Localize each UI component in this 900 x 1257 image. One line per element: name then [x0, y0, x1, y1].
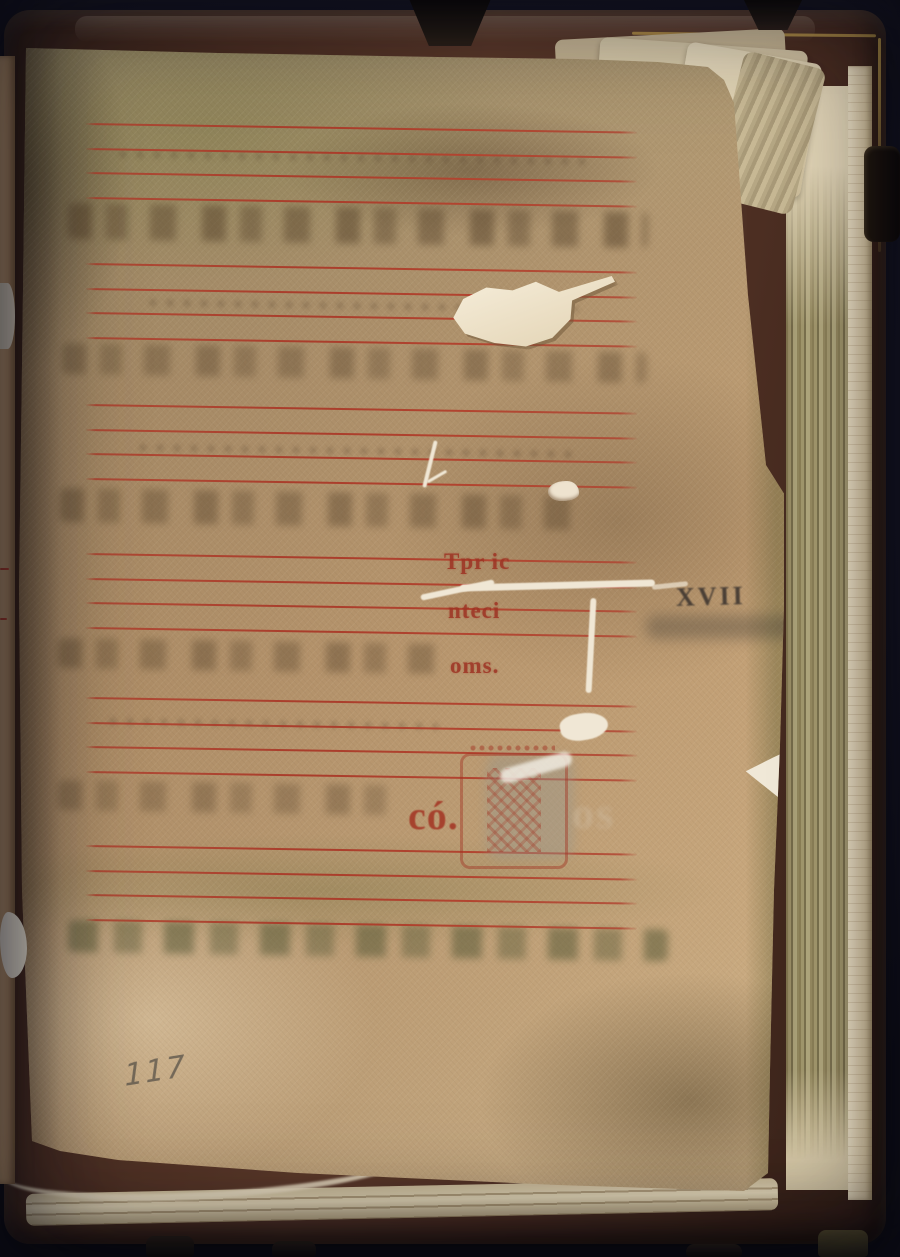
stave-line	[85, 453, 637, 464]
parchment-page: Tpr ic nteci oms. XVII os có. 117	[18, 45, 784, 1195]
stave-line	[85, 123, 637, 134]
cover-boss-foot	[686, 1244, 742, 1257]
tear-top-left	[0, 283, 15, 349]
stave-line	[85, 197, 637, 208]
stave-line	[85, 894, 637, 905]
stave-line	[85, 919, 637, 930]
cover-boss-foot	[272, 1241, 316, 1257]
small-hole	[548, 481, 579, 501]
folio-number-roman: XVII	[676, 581, 747, 613]
rubric-line: nteci	[448, 598, 500, 624]
red-line-stub	[0, 568, 9, 570]
decorated-initial	[460, 753, 568, 869]
stave-line	[85, 404, 637, 415]
ink-offset-smudge	[646, 615, 798, 639]
manuscript-photo-scene: Tpr ic nteci oms. XVII os có. 117	[0, 0, 900, 1257]
fore-edge-page-stack	[786, 86, 852, 1190]
cover-boss-foot	[818, 1230, 868, 1257]
red-line-stub	[0, 618, 7, 620]
stave-line	[85, 870, 637, 881]
stave-line	[85, 429, 637, 440]
stave-line	[85, 172, 637, 183]
clasp-right	[864, 146, 900, 242]
incipit-label: có.	[408, 792, 459, 839]
rubric-line: oms.	[450, 653, 499, 679]
cover-boss-foot	[146, 1236, 194, 1257]
stave-line	[85, 148, 637, 159]
rubric-line: Tpr ic	[444, 549, 510, 575]
facing-page-sliver	[0, 56, 15, 1184]
ghost-letters: os	[572, 788, 615, 839]
stave-line	[85, 263, 637, 274]
rubric-block: Tpr ic nteci oms.	[444, 549, 584, 729]
